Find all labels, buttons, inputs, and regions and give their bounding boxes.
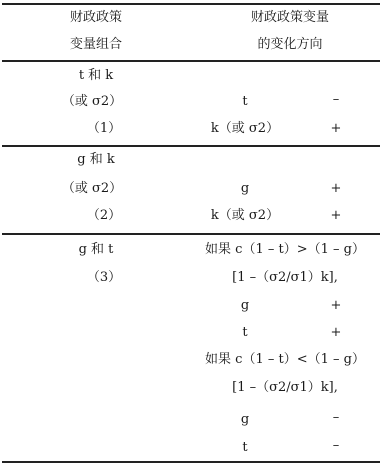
group3-cond2-sign-1: –	[333, 410, 340, 426]
bottom-rule	[2, 461, 380, 463]
header-col2-line2: 的变化方向	[257, 37, 322, 53]
group2-sign-1: +	[331, 181, 342, 197]
group1-label-line1: t 和 k	[79, 68, 113, 84]
group1-sign-1: –	[333, 92, 340, 108]
header-rule	[2, 60, 380, 62]
group1-sign-2: +	[331, 121, 342, 137]
group2-var-1: g	[241, 181, 249, 197]
group3-cond1-line1: 如果 c（1 – t）>（1 – g）	[205, 242, 365, 258]
group1-var-2: k（或 σ2）	[211, 121, 279, 137]
group3-cond1-sign-2: +	[331, 325, 342, 341]
group-rule-2	[2, 233, 380, 235]
group2-label-line1: g 和 k	[77, 152, 114, 168]
group2-label-line3: （2）	[87, 208, 121, 224]
group3-cond1-line2: [1 –（σ2/σ1）k],	[232, 270, 338, 286]
group3-cond1-var-2: t	[242, 325, 247, 341]
top-rule	[2, 3, 380, 5]
group3-cond2-var-1: g	[241, 412, 249, 428]
group3-cond1-var-1: g	[241, 298, 249, 314]
group2-var-2: k（或 σ2）	[211, 208, 279, 224]
group3-cond2-line2: [1 –（σ2/σ1）k],	[232, 380, 338, 396]
group2-sign-2: +	[331, 208, 342, 224]
group3-label-line1: g 和 t	[79, 242, 114, 258]
group2-label-line2: （或 σ2）	[62, 181, 122, 197]
group1-label-line3: （1）	[87, 121, 121, 137]
header-col1-line2: 变量组合	[70, 37, 122, 53]
group3-cond2-sign-2: –	[333, 438, 340, 454]
group3-cond2-var-2: t	[242, 440, 247, 456]
header-col1-line1: 财政政策	[70, 10, 122, 26]
group3-label-line2: （3）	[87, 270, 121, 286]
group3-cond1-sign-1: +	[331, 298, 342, 314]
group-rule-1	[2, 145, 380, 147]
group3-cond2-line1: 如果 c（1 – t）<（1 – g）	[205, 352, 365, 368]
group1-var-1: t	[242, 94, 247, 110]
group1-label-line2: （或 σ2）	[62, 94, 122, 110]
header-col2-line1: 财政政策变量	[251, 10, 329, 26]
